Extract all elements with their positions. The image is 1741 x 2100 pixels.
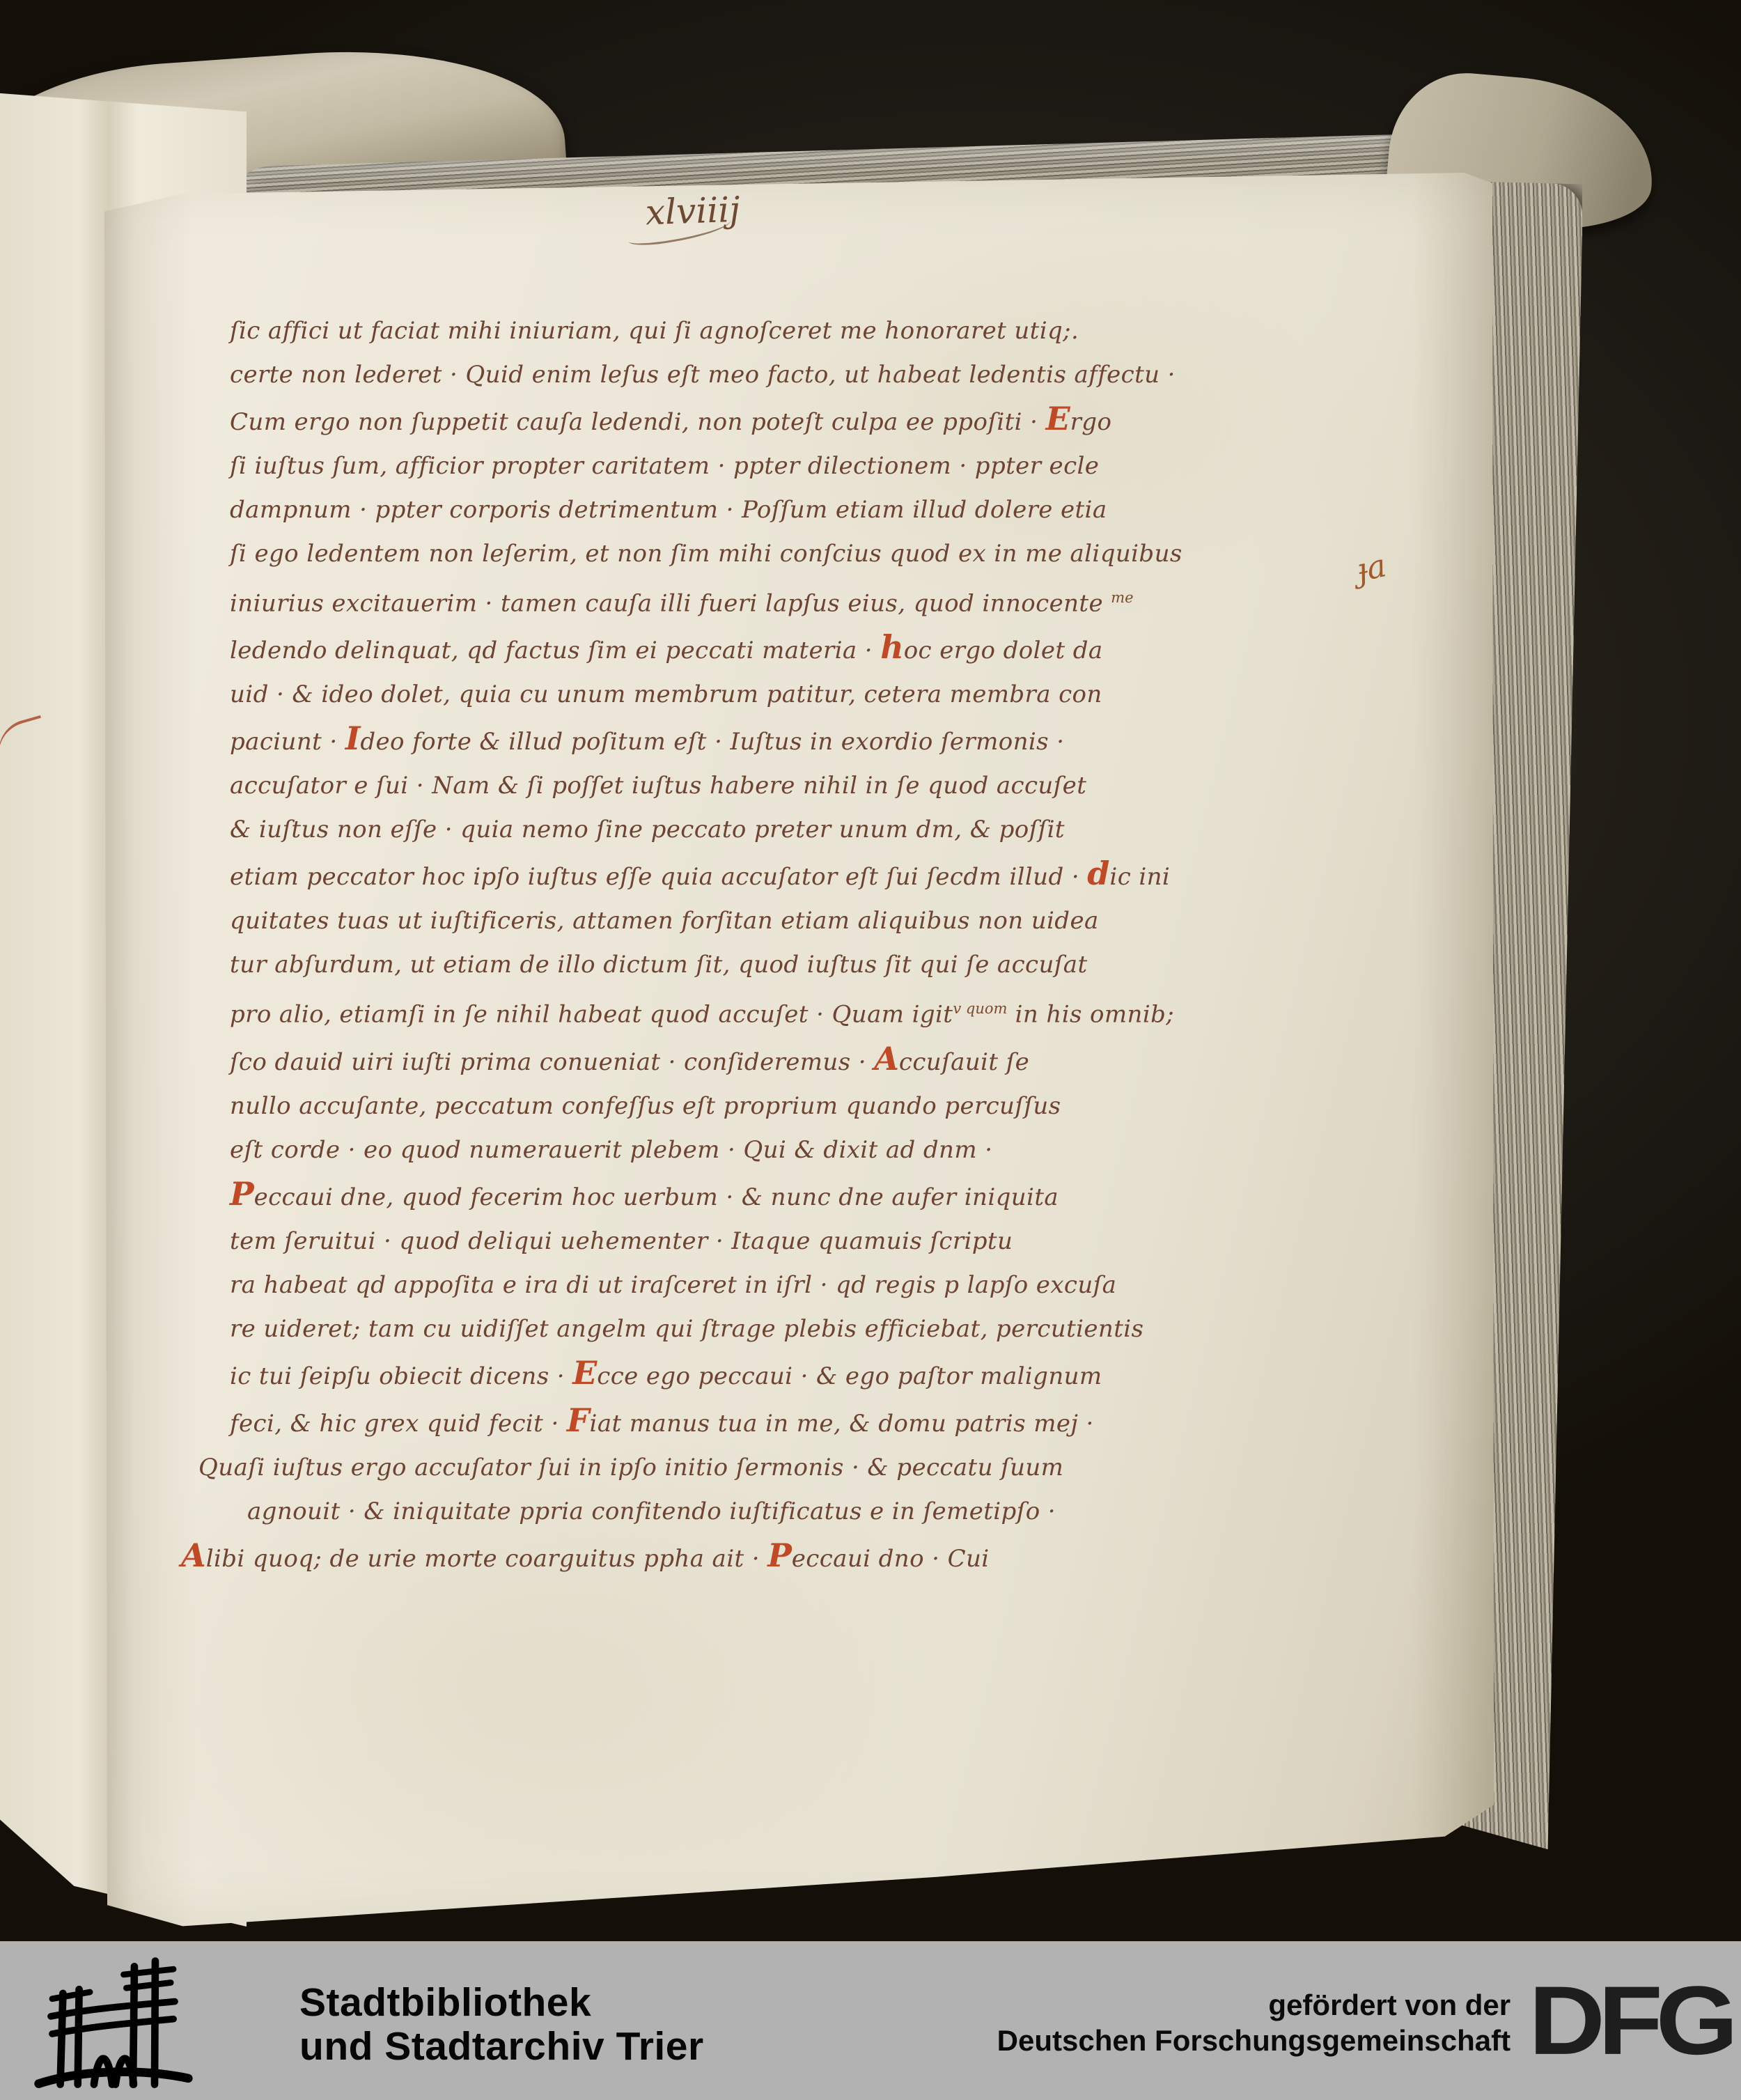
text-line: ledendo delinquat, qd factus ſim ei pecc… xyxy=(230,625,1191,673)
text-line: Cum ergo non ſuppetit cauſa ledendi, non… xyxy=(230,397,1191,444)
text-line: feci, & hic grex quid fecit · Fiat manus… xyxy=(230,1399,1191,1446)
text-line: ſic affici ut faciat mihi iniuriam, qui … xyxy=(230,309,1191,353)
text-line: uid · & ideo dolet, quia cu unum membrum… xyxy=(230,673,1191,717)
institution-name-line1: Stadtbibliothek xyxy=(299,1981,704,2025)
institution-name: Stadtbibliothek und Stadtarchiv Trier xyxy=(299,1981,704,2069)
manuscript-text-block: ſic affici ut faciat mihi iniuriam, qui … xyxy=(230,309,1191,1581)
folio-number: xlviiij xyxy=(577,187,809,244)
text-line: ic tui ſeipſu obiecit dicens · Ecce ego … xyxy=(230,1351,1191,1399)
text-line: quitates tuas ut iuſtificeris, attamen f… xyxy=(230,899,1191,943)
footer-banner: Stadtbibliothek und Stadtarchiv Trier ge… xyxy=(0,1941,1741,2100)
funding-credit-line2: Deutschen Forschungsgemeinschaft xyxy=(997,2023,1510,2058)
marginal-nota-mark: ɟa xyxy=(1353,546,1389,589)
stadtbibliothek-trier-logo xyxy=(31,1952,195,2097)
text-line: ſi iuſtus ſum, afficior propter caritate… xyxy=(230,444,1191,488)
funding-credit-line1: gefördert von der xyxy=(997,1987,1510,2023)
text-line: eſt corde · eo quod numerauerit plebem ·… xyxy=(230,1128,1191,1172)
institution-name-line2: und Stadtarchiv Trier xyxy=(299,2025,704,2069)
text-line: ra habeat qd appoſita e ira di ut iraſce… xyxy=(230,1263,1191,1307)
text-line: re uideret; tam cu uidiſſet angelm qui ſ… xyxy=(230,1307,1191,1351)
manuscript-page: xlviiij ſic affici ut faciat mihi iniuri… xyxy=(99,173,1495,1931)
text-line: paciunt · Ideo forte & illud poſitum eſt… xyxy=(230,717,1191,764)
text-line: ſi ego ledentem non leſerim, et non ſim … xyxy=(230,532,1191,576)
funding-credit: gefördert von der Deutschen Forschungsge… xyxy=(997,1987,1510,2058)
dfg-logo: DFG xyxy=(1529,1965,1731,2077)
red-pen-stray-mark xyxy=(0,715,49,762)
text-line: nullo accuſante, peccatum confeſſus eſt … xyxy=(230,1084,1191,1128)
text-line: tur abſurdum, ut etiam de illo dictum ſi… xyxy=(230,943,1191,987)
text-line: Peccaui dne, quod fecerim hoc uerbum · &… xyxy=(230,1172,1191,1220)
text-line: etiam peccator hoc ipſo iuſtus eſſe quia… xyxy=(230,852,1191,899)
text-line: accuſator e ſui · Nam & ſi poſſet iuſtus… xyxy=(230,764,1191,808)
text-line: iniurius excitauerim · tamen cauſa illi … xyxy=(230,576,1191,625)
text-line: agnouit · & iniquitate ppria confitendo … xyxy=(247,1490,1191,1534)
text-line: Alibi quoq; de urie morte coarguitus pph… xyxy=(181,1534,1191,1581)
text-line: & iuſtus non eſſe · quia nemo ſine pecca… xyxy=(230,808,1191,852)
text-line: pro alio, etiamſi in ſe nihil habeat quo… xyxy=(230,987,1191,1036)
text-line: tem ſeruitui · quod deliqui uehementer ·… xyxy=(230,1220,1191,1263)
digitized-manuscript-photo: xlviiij ſic affici ut faciat mihi iniuri… xyxy=(0,0,1741,2100)
text-line: ſco dauid uiri iuſti prima conueniat · c… xyxy=(230,1037,1191,1084)
text-line: dampnum · ppter corporis detrimentum · P… xyxy=(230,488,1191,532)
text-line: certe non lederet · Quid enim leſus eſt … xyxy=(230,353,1191,397)
text-line: Quaſi iuſtus ergo accuſator ſui in ipſo … xyxy=(198,1446,1191,1490)
